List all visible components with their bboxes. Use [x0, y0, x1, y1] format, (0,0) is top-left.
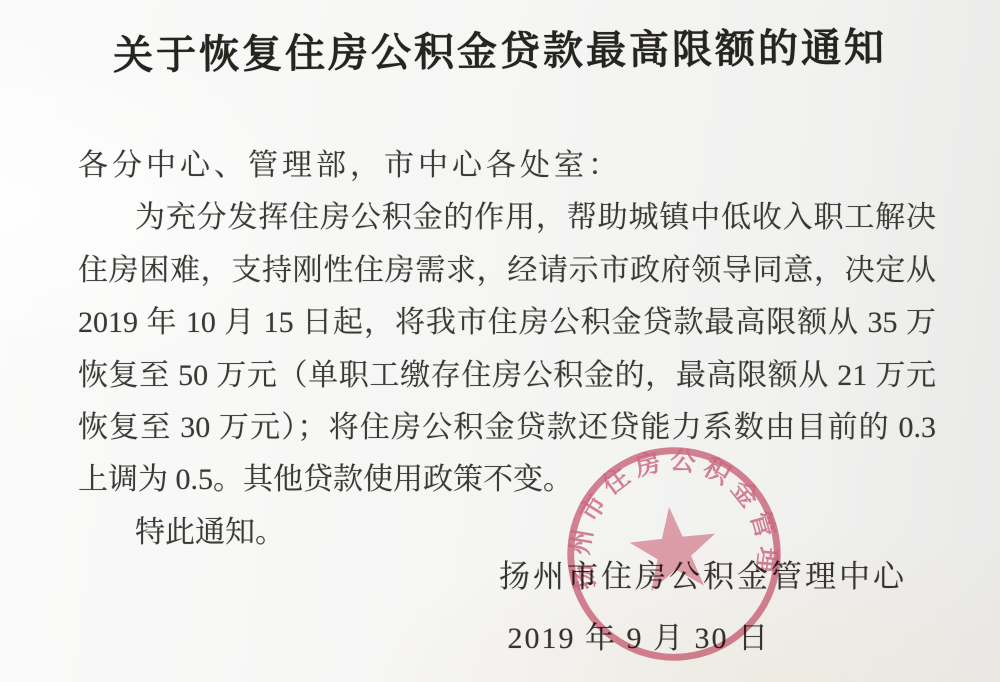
body-line: 为充分发挥住房公积金的作用，帮助城镇中低收入职工解决 — [78, 192, 936, 244]
body-line: 住房困难，支持刚性住房需求，经请示市政府领导同意，决定从 — [78, 245, 936, 297]
scanned-notice-page: 关于恢复住房公积金贷款最高限额的通知 各分中心、管理部，市中心各处室： 为充分发… — [0, 0, 1000, 682]
body-line: 2019 年 10 月 15 日起，将我市住房公积金贷款最高限额从 35 万元 — [78, 297, 936, 349]
body-line: 上调为 0.5。其他贷款使用政策不变。 — [78, 454, 936, 506]
document-body: 各分中心、管理部，市中心各处室： 为充分发挥住房公积金的作用，帮助城镇中低收入职… — [78, 140, 936, 559]
document-title: 关于恢复住房公积金贷款最高限额的通知 — [0, 15, 1000, 82]
body-line: 恢复至 30 万元）；将住房公积金贷款还贷能力系数由目前的 0.3 — [78, 402, 936, 454]
body-line: 恢复至 50 万元（单职工缴存住房公积金的，最高限额从 21 万元 — [78, 350, 936, 402]
issue-date: 2019 年 9 月 30 日 — [508, 613, 771, 657]
salutation-line: 各分中心、管理部，市中心各处室： — [78, 140, 936, 192]
issuing-authority-signature: 扬州市住房公积金管理中心 — [499, 551, 907, 596]
